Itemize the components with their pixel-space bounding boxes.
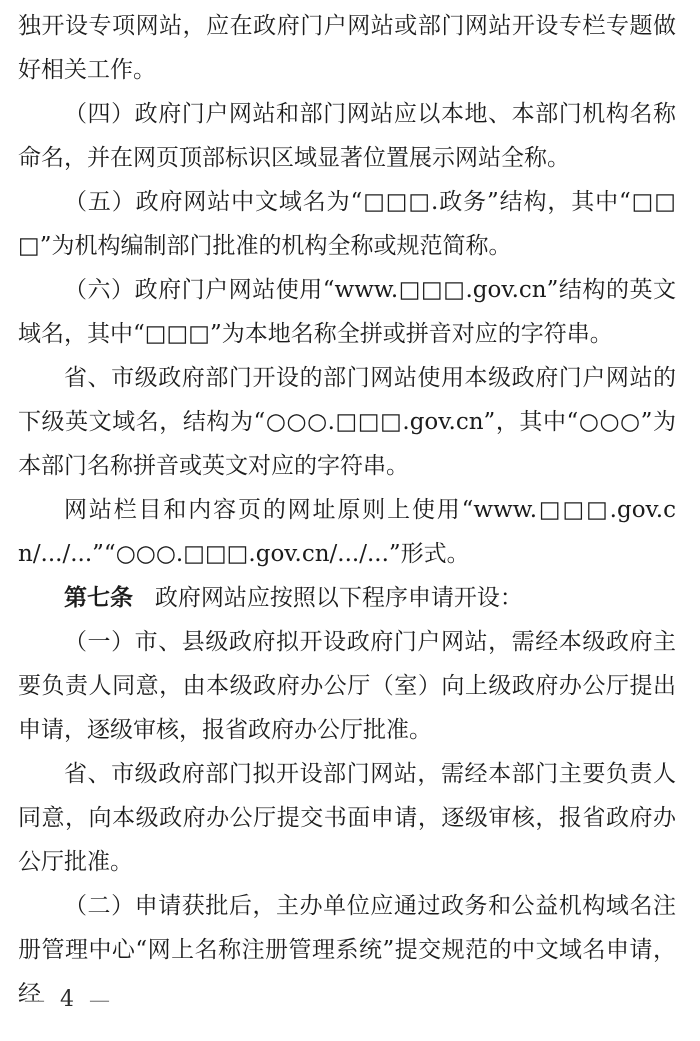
body-paragraph-url-rule: 网站栏目和内容页的网址原则上使用“www.□□□.gov.cn/.../...”… (18, 488, 676, 576)
body-paragraph-continuation: 独开设专项网站，应在政府门户网站或部门网站开设专栏专题做好相关工作。 (18, 4, 676, 92)
body-paragraph-item-4: （四）政府门户网站和部门网站应以本地、本部门机构名称命名，并在网页顶部标识区域显… (18, 92, 676, 180)
body-paragraph-item-6: （六）政府门户网站使用“www.□□□.gov.cn”结构的英文域名，其中“□□… (18, 268, 676, 356)
body-paragraph-procedure-1b: 省、市级政府部门拟开设部门网站，需经本部门主要负责人同意，向本级政府办公厅提交书… (18, 752, 676, 884)
document-body: 独开设专项网站，应在政府门户网站或部门网站开设专栏专题做好相关工作。 （四）政府… (18, 4, 676, 1016)
document-page: 独开设专项网站，应在政府门户网站或部门网站开设专栏专题做好相关工作。 （四）政府… (0, 0, 700, 1041)
footer-dash-right: — (89, 986, 110, 1014)
page-footer: — 4 — (24, 986, 110, 1014)
body-paragraph-procedure-2: （二）申请获批后，主办单位应通过政务和公益机构域名注册管理中心“网上名称注册管理… (18, 884, 676, 1016)
body-paragraph-domain-rule: 省、市级政府部门开设的部门网站使用本级政府门户网站的下级英文域名，结构为“○○○… (18, 356, 676, 488)
page-number: 4 (60, 986, 74, 1014)
body-paragraph-procedure-1: （一）市、县级政府拟开设政府门户网站，需经本级政府主要负责人同意，由本级政府办公… (18, 620, 676, 752)
body-paragraph-article-7: 第七条政府网站应按照以下程序申请开设： (18, 576, 676, 620)
article-number: 第七条 (64, 584, 133, 611)
article-7-text: 政府网站应按照以下程序申请开设： (155, 585, 523, 611)
footer-dash-left: — (24, 986, 45, 1014)
body-paragraph-item-5: （五）政府网站中文域名为“□□□.政务”结构，其中“□□□”为机构编制部门批准的… (18, 180, 676, 268)
